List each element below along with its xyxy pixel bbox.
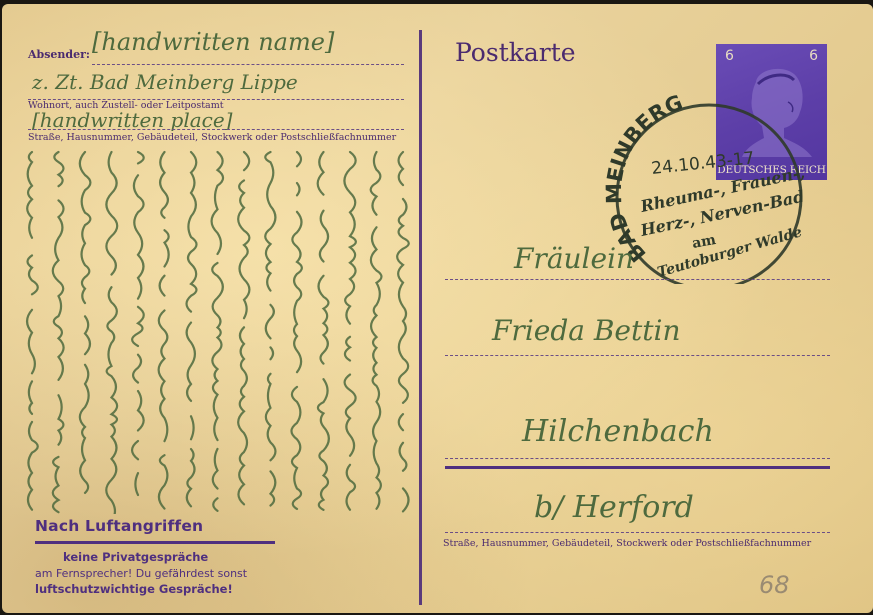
notice-rule xyxy=(35,541,275,544)
address-line-3 xyxy=(445,458,830,459)
notice-line-3: luftschutzwichtige Gespräche! xyxy=(35,582,233,596)
notice-title: Nach Luftangriffen xyxy=(35,517,203,535)
address-line-2 xyxy=(445,355,830,356)
recipient-district: b/ Herford xyxy=(534,490,694,525)
sender-label: Absender: xyxy=(28,48,90,61)
sender-stay-handwriting: z. Zt. Bad Meinberg Lippe xyxy=(32,70,298,94)
center-divider xyxy=(419,30,422,605)
recipient-street-label: Straße, Hausnummer, Gebäudeteil, Stockwe… xyxy=(443,538,811,549)
address-line-4 xyxy=(445,532,830,533)
postcard: Absender: [handwritten name] z. Zt. Bad … xyxy=(2,4,873,613)
pencil-annotation: 68 xyxy=(759,571,790,599)
card-title: Postkarte xyxy=(455,38,576,67)
recipient-salutation: Fräulein xyxy=(514,242,634,275)
stamp-value-left: 6 xyxy=(725,48,734,64)
svg-text:24.10.43-17: 24.10.43-17 xyxy=(650,148,755,179)
svg-text:BAD MEINBERG: BAD MEINBERG xyxy=(602,90,686,266)
sender-street-label: Straße, Hausnummer, Gebäudeteil, Stockwe… xyxy=(28,132,396,143)
notice-line-1: keine Privatgespräche xyxy=(63,550,208,564)
notice-line-2: am Fernsprecher! Du gefährdest sonst xyxy=(35,567,247,580)
recipient-name: Frieda Bettin xyxy=(492,314,681,347)
address-line-1 xyxy=(445,279,830,280)
sender-name-line xyxy=(92,64,404,65)
sender-line-3 xyxy=(28,129,404,130)
address-town-rule xyxy=(445,466,830,469)
sender-name-handwriting: [handwritten name] xyxy=(92,28,334,56)
handwritten-message xyxy=(8,144,418,514)
recipient-town: Hilchenbach xyxy=(522,414,714,449)
